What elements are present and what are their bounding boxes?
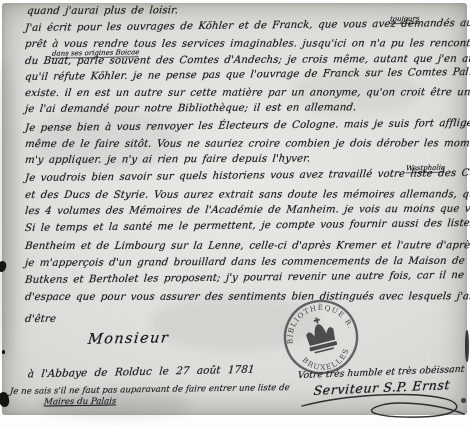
ink-speck	[2, 350, 5, 354]
signature-flourish	[298, 390, 468, 424]
postscript-line: Maires du Palais	[43, 396, 116, 407]
ink-speck	[465, 330, 469, 362]
letter-line: les 4 volumes des Mémoires de l'Académie…	[24, 203, 470, 217]
interline-insertion: dans ses origines Boicae	[52, 48, 140, 59]
letter-line: quand j'aurai plus de loisir.	[26, 5, 178, 17]
scanned-letter-page: quand j'aurai plus de loisir. J'ai écrit…	[0, 0, 470, 427]
crown-icon	[303, 314, 339, 354]
letter-line: je m'apperçois d'un grand brouillard dan…	[24, 255, 470, 269]
letter-line: je l'ai demandé pour notre Bibliothèque;…	[24, 102, 356, 115]
letter-line: existe. il en est un autre sur cette mat…	[24, 87, 470, 99]
letter-line: d'espace que pour vous assurer des senti…	[24, 291, 470, 303]
letter-line: d'être	[24, 314, 56, 325]
letter-line: m'y appliquer. je n'y ai rien pu faire d…	[24, 154, 310, 166]
ink-speck	[461, 398, 466, 403]
interline-insertion: toujours	[390, 15, 420, 25]
letter-line: et des Ducs de Styrie. Vous aurez extrai…	[24, 189, 470, 201]
interline-insertion: Westphalie	[406, 164, 446, 174]
letter-line: Bentheim et de Limbourg sur la Lenne, ce…	[24, 240, 470, 252]
letter-line: même de le faire sitôt. Vous ne sauriez …	[24, 138, 470, 150]
salutation: Monsieur	[87, 330, 170, 347]
